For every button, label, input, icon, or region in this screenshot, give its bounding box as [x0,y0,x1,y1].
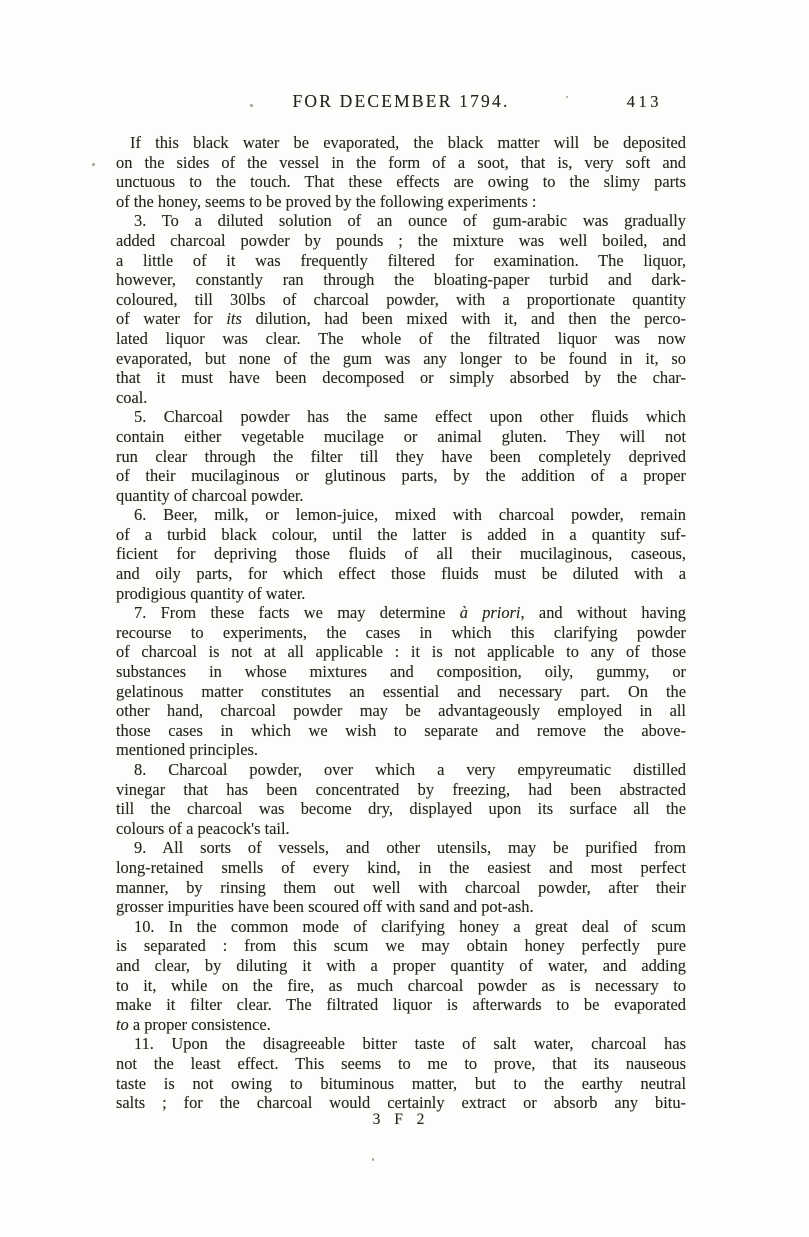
scan-speck [92,163,95,166]
paragraph: 8. Charcoal powder, over which a very em… [116,760,686,838]
text-line: and oily parts, for which effect those f… [116,564,686,584]
text-line: those cases in which we wish to separate… [116,721,686,741]
text-line: of their mucilaginous or glutinous parts… [116,466,686,486]
text-line: till the charcoal was become dry, displa… [116,799,686,819]
page-body: If this black water be evaporated, the b… [116,133,686,1113]
running-title: FOR DECEMBER 1794. [116,91,686,112]
text-line: mentioned principles. [116,740,686,760]
text-line: unctuous to the touch. That these effect… [116,172,686,192]
text-line: evaporated, but none of the gum was any … [116,349,686,369]
text-line: of charcoal is not at all applicable : i… [116,642,686,662]
paragraph: 11. Upon the disagreeable bitter taste o… [116,1034,686,1112]
text-line: make it filter clear. The filtrated liqu… [116,995,686,1015]
text-line: coal. [116,388,686,408]
text-line: 3. To a diluted solution of an ounce of … [116,211,686,231]
signature-mark: 3 F 2 [116,1111,686,1129]
paragraph: 7. From these facts we may determine à p… [116,603,686,760]
text-line: 5. Charcoal powder has the same effect u… [116,407,686,427]
paragraph: 9. All sorts of vessels, and other utens… [116,838,686,916]
text-line: manner, by rinsing them out well with ch… [116,878,686,898]
page-number: 413 [627,92,662,112]
text-line: is separated : from this scum we may obt… [116,936,686,956]
text-line: long-retained smells of every kind, in t… [116,858,686,878]
text-line: substances in whose mixtures and composi… [116,662,686,682]
text-line: gelatinous matter constitutes an essenti… [116,682,686,702]
text-line: of the honey, seems to be proved by the … [116,192,686,212]
scan-speck [372,1158,374,1161]
text-line: a little of it was frequently filtered f… [116,251,686,271]
page-header: FOR DECEMBER 1794. 413 [116,91,686,115]
text-line: of a turbid black colour, until the latt… [116,525,686,545]
text-line: colours of a peacock's tail. [116,819,686,839]
text-line: prodigious quantity of water. [116,584,686,604]
text-line: of water for its dilution, had been mixe… [116,309,686,329]
text-line: salts ; for the charcoal would certainly… [116,1093,686,1113]
paragraph: 6. Beer, milk, or lemon-juice, mixed wit… [116,505,686,603]
text-line: 6. Beer, milk, or lemon-juice, mixed wit… [116,505,686,525]
text-line: 11. Upon the disagreeable bitter taste o… [116,1034,686,1054]
text-line: not the least effect. This seems to me t… [116,1054,686,1074]
text-line: and clear, by diluting it with a proper … [116,956,686,976]
text-line: ficient for depriving those fluids of al… [116,544,686,564]
text-line: vinegar that has been concentrated by fr… [116,780,686,800]
paragraph: If this black water be evaporated, the b… [116,133,686,211]
text-line: 10. In the common mode of clarifying hon… [116,917,686,937]
paragraph: 10. In the common mode of clarifying hon… [116,917,686,1035]
text-line: however, constantly ran through the bloa… [116,270,686,290]
paragraph: 3. To a diluted solution of an ounce of … [116,211,686,407]
text-line: If this black water be evaporated, the b… [116,133,686,153]
text-line: 9. All sorts of vessels, and other utens… [116,838,686,858]
paragraph: 5. Charcoal powder has the same effect u… [116,407,686,505]
text-line: to it, while on the fire, as much charco… [116,976,686,996]
text-line: 8. Charcoal powder, over which a very em… [116,760,686,780]
text-line: that it must have been decomposed or sim… [116,368,686,388]
text-line: recourse to experiments, the cases in wh… [116,623,686,643]
text-line: on the sides of the vessel in the form o… [116,153,686,173]
text-line: coloured, till 30lbs of charcoal powder,… [116,290,686,310]
text-line: grosser impurities have been scoured off… [116,897,686,917]
document-page: FOR DECEMBER 1794. 413 If this black wat… [0,0,809,1237]
scan-speck [566,96,568,98]
text-line: other hand, charcoal powder may be advan… [116,701,686,721]
text-line: run clear through the filter till they h… [116,447,686,467]
text-line: 7. From these facts we may determine à p… [116,603,686,623]
text-line: added charcoal powder by pounds ; the mi… [116,231,686,251]
text-line: lated liquor was clear. The whole of the… [116,329,686,349]
text-line: contain either vegetable mucilage or ani… [116,427,686,447]
scan-speck [250,104,253,107]
text-line: quantity of charcoal powder. [116,486,686,506]
text-line: taste is not owing to bituminous matter,… [116,1074,686,1094]
text-line: to a proper consistence. [116,1015,686,1035]
